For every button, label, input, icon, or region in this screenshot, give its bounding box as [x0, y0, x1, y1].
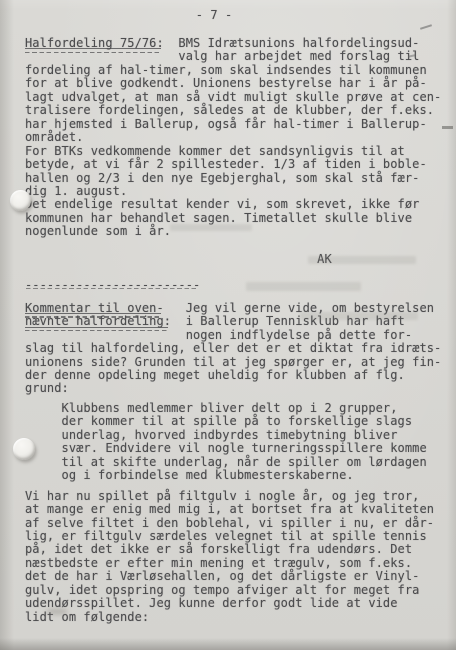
text-line: og i forbindelse med klubmesterskaberne.: [25, 469, 448, 482]
text-segment: til at skifte underlag, når de spiller o…: [25, 455, 427, 469]
text-line: der denne opdeling meget uheldig for klu…: [25, 369, 448, 382]
text-segment: gulv, idet opspring og tempo afviger alt…: [25, 583, 419, 597]
text-segment: Jeg vil gerne vide, om bestyrelsen: [164, 301, 434, 315]
text-line: svær. Endvidere vil nogle turneringsspil…: [25, 442, 448, 455]
text-segment: betyde, at vi får 2 spillesteder. 1/3 af…: [25, 157, 427, 171]
text-segment: underlag, hvorved indbyrdes timebytning …: [25, 428, 398, 442]
text-segment: unionens side? Grunden til at jeg spørge…: [25, 355, 441, 369]
text-segment: tralisere fordelingen, således at de klu…: [25, 103, 434, 117]
text-segment: nogenlunde som i år.: [25, 224, 171, 238]
text-segment: svær. Endvidere vil nogle turneringsspil…: [25, 441, 427, 455]
text-segment: det de har i Værløsehallen, og det dårli…: [25, 569, 419, 583]
binder-hole-bump: [10, 190, 31, 211]
text-line: det de har i Værløsehallen, og det dårli…: [25, 570, 448, 583]
text-segment: For BTKs vedkommende kommer det sandsynl…: [25, 144, 405, 158]
text-line: slag til halfordeling, eller det er et d…: [25, 342, 448, 355]
pencil-mark: [420, 24, 432, 30]
text-line: har hjemsted i Ballerup, også får hal-ti…: [25, 118, 448, 131]
text-segment: på, idet det ikke er så forskelligt fra …: [25, 542, 412, 556]
text-segment: af selve filtet i den boblehal, vi spill…: [25, 516, 434, 530]
separator-line: ------------------------: [25, 279, 448, 292]
text-segment: lidt om følgende:: [25, 610, 149, 624]
typed-separator: ------------------------: [25, 279, 200, 292]
text-segment: der kommer til at spille på to forskelli…: [25, 414, 412, 428]
text-segment: Det endelige resultat kender vi, som skr…: [25, 197, 419, 211]
page-number: - 7 -: [0, 8, 442, 22]
text-line: at mange er enig med mig i, at bortset f…: [25, 503, 448, 516]
text-line: på, idet det ikke er så forskelligt fra …: [25, 543, 448, 556]
text-segment: og i forbindelse med klubmesterskaberne.: [25, 468, 354, 482]
text-line: grund:: [25, 382, 448, 395]
text-segment: lig, er filtgulv særdeles velegnet til a…: [25, 529, 427, 543]
text-segment: har hjemsted i Ballerup, også får hal-ti…: [25, 117, 427, 131]
text-segment: lagt udvalget, at man så vidt muligt sku…: [25, 90, 441, 104]
text-segment: næstbedste er efter min mening et trægul…: [25, 556, 412, 570]
text-line: betyde, at vi får 2 spillesteder. 1/3 af…: [25, 158, 448, 171]
signature-initials: AK: [25, 253, 448, 266]
section-heading-line: nævnte halfordeling: i Ballerup Tenniskl…: [25, 315, 448, 328]
binder-hole-bump: [13, 438, 35, 460]
text-segment: udendørsspillet. Jeg kunne derfor godt l…: [25, 596, 398, 610]
text-segment: slag til halfordeling, eller det er et d…: [25, 341, 441, 355]
text-line: unionens side? Grunden til at jeg spørge…: [25, 356, 448, 369]
text-line: af selve filtet i den boblehal, vi spill…: [25, 517, 448, 530]
text-line: lidt om følgende:: [25, 611, 448, 624]
text-segment: hallen og 2/3 i den nye Egebjerghal, som…: [25, 171, 419, 185]
text-line: tralisere fordelingen, således at de klu…: [25, 104, 448, 117]
text-segment: der denne opdeling meget uheldig for klu…: [25, 368, 405, 382]
text-segment: kommunen har behandlet sagen. Timetallet…: [25, 211, 412, 225]
text-line: Det endelige resultat kender vi, som skr…: [25, 198, 448, 211]
text-line: der kommer til at spille på to forskelli…: [25, 415, 448, 428]
text-segment: AK: [25, 252, 332, 266]
underlined-heading: Halfordeling 75/76:: [25, 37, 164, 50]
underlined-heading: nævnte halfordeling:: [25, 315, 171, 328]
text-segment: dig 1. august.: [25, 184, 127, 198]
text-segment: grund:: [25, 381, 69, 395]
text-line: for at blive godkendt. Unionens bestyrel…: [25, 77, 448, 90]
text-line: udendørsspillet. Jeg kunne derfor godt l…: [25, 597, 448, 610]
text-segment: for at blive godkendt. Unionens bestyrel…: [25, 76, 427, 90]
text-segment: Klubbens medlemmer bliver delt op i 2 gr…: [25, 401, 398, 415]
document-text: Halfordeling 75/76: BMS Idrætsunions hal…: [25, 37, 448, 624]
text-segment: at mange er enig med mig i, at bortset f…: [25, 502, 434, 516]
text-segment: i Ballerup Tennisklub har haft: [171, 314, 405, 328]
scanned-typewritten-page: - 7 - Halfordeling 75/76: BMS Idrætsunio…: [0, 0, 456, 650]
text-segment: BMS Idrætsunions halfordelingsud-: [164, 36, 420, 50]
text-line: nogenlunde som i år.: [25, 225, 448, 238]
text-segment: Vi har nu spillet på filtgulv i nogle år…: [25, 489, 419, 503]
text-segment: fordeling af hal-timer, som skal indsend…: [25, 63, 427, 77]
text-segment: området.: [25, 130, 83, 144]
text-line: hallen og 2/3 i den nye Egebjerghal, som…: [25, 172, 448, 185]
text-line: området.: [25, 131, 448, 144]
